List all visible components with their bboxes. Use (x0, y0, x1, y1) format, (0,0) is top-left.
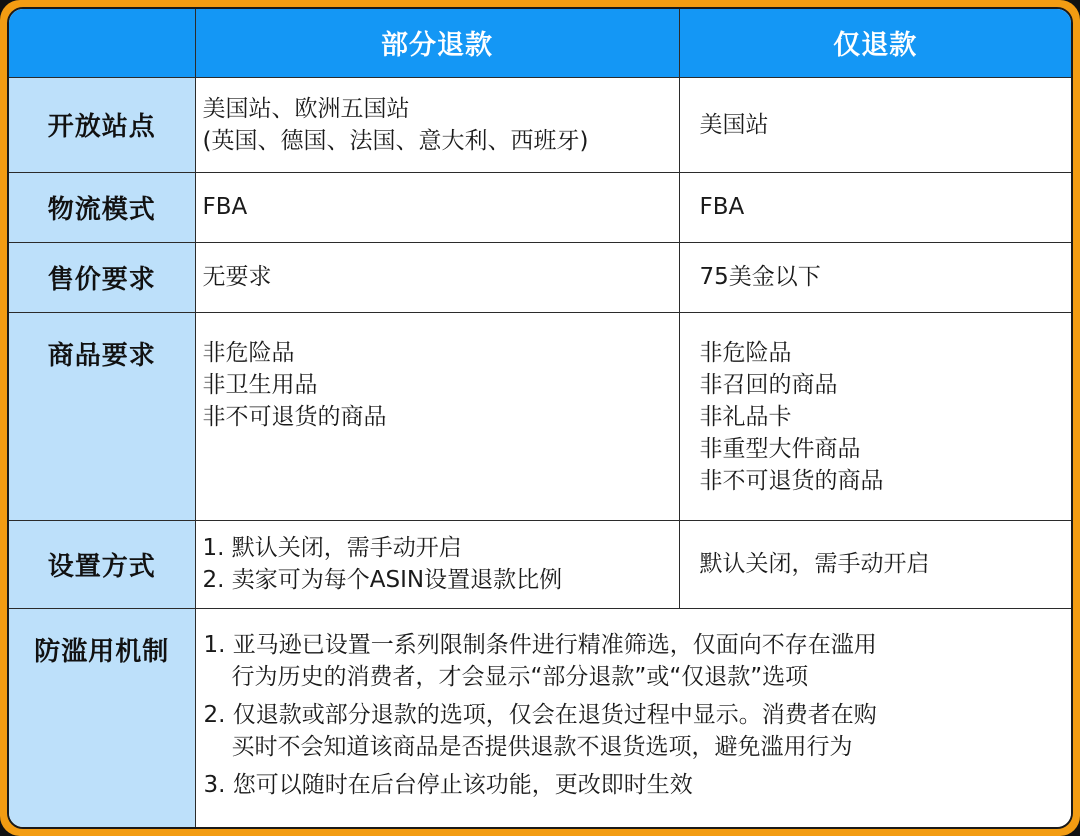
row-label-price: 售价要求 (9, 242, 195, 312)
comparison-table-container: 部分退款 仅退款 开放站点 美国站、欧洲五国站 (英国、德国、法国、意大利、西班… (7, 7, 1073, 829)
table-row-logistics: 物流模式 FBA FBA (9, 172, 1071, 242)
anti-abuse-line: 行为历史的消费者，才会显示“部分退款”或“仅退款”选项 (204, 661, 1062, 693)
cell-line: 默认关闭，需手动开启 (700, 548, 1068, 580)
header-partial-refund: 部分退款 (195, 9, 679, 77)
row-label-anti-abuse: 防滥用机制 (9, 608, 195, 827)
row-label-setup: 设置方式 (9, 520, 195, 608)
anti-abuse-line: 买时不会知道该商品是否提供退款不退货选项，避免滥用行为 (204, 731, 1062, 763)
cell-line: 非不可退货的商品 (203, 401, 675, 433)
cell-line: 美国站、欧洲五国站 (203, 93, 675, 125)
table-row-setup: 设置方式 1. 默认关闭，需手动开启 2. 卖家可为每个ASIN设置退款比例 默… (9, 520, 1071, 608)
cell-line: 非危险品 (700, 337, 1068, 369)
cell-line: 非卫生用品 (203, 369, 675, 401)
refund-comparison-table: 部分退款 仅退款 开放站点 美国站、欧洲五国站 (英国、德国、法国、意大利、西班… (9, 9, 1071, 827)
cell-anti-abuse: 1. 亚马逊已设置一系列限制条件进行精准筛选，仅面向不存在滥用 行为历史的消费者… (195, 608, 1071, 827)
row-label-logistics: 物流模式 (9, 172, 195, 242)
header-corner-cell (9, 9, 195, 77)
cell-line: 无要求 (203, 261, 675, 293)
cell-only-price: 75美金以下 (679, 242, 1071, 312)
anti-abuse-item: 2. 仅退款或部分退款的选项，仅会在退货过程中显示。消费者在购 买时不会知道该商… (204, 699, 1062, 763)
cell-line: (英国、德国、法国、意大利、西班牙) (203, 125, 675, 157)
cell-line: 非召回的商品 (700, 369, 1068, 401)
row-label-sites: 开放站点 (9, 77, 195, 172)
anti-abuse-item: 1. 亚马逊已设置一系列限制条件进行精准筛选，仅面向不存在滥用 行为历史的消费者… (204, 629, 1062, 693)
cell-partial-logistics: FBA (195, 172, 679, 242)
cell-line: 75美金以下 (700, 261, 1068, 293)
cell-partial-setup: 1. 默认关闭，需手动开启 2. 卖家可为每个ASIN设置退款比例 (195, 520, 679, 608)
table-row-sites: 开放站点 美国站、欧洲五国站 (英国、德国、法国、意大利、西班牙) 美国站 (9, 77, 1071, 172)
anti-abuse-item: 3. 您可以随时在后台停止该功能，更改即时生效 (204, 769, 1062, 801)
cell-line: 非不可退货的商品 (700, 465, 1068, 497)
anti-abuse-line: 3. 您可以随时在后台停止该功能，更改即时生效 (204, 769, 1062, 801)
header-row: 部分退款 仅退款 (9, 9, 1071, 77)
header-refund-only: 仅退款 (679, 9, 1071, 77)
cell-line: 非重型大件商品 (700, 433, 1068, 465)
orange-frame: 部分退款 仅退款 开放站点 美国站、欧洲五国站 (英国、德国、法国、意大利、西班… (0, 0, 1080, 836)
anti-abuse-line: 2. 仅退款或部分退款的选项，仅会在退货过程中显示。消费者在购 (204, 699, 1062, 731)
cell-only-setup: 默认关闭，需手动开启 (679, 520, 1071, 608)
cell-line: 美国站 (700, 109, 1068, 141)
cell-line: FBA (700, 191, 1068, 223)
cell-line: 2. 卖家可为每个ASIN设置退款比例 (203, 564, 675, 596)
cell-line: 1. 默认关闭，需手动开启 (203, 532, 675, 564)
cell-line: FBA (203, 191, 675, 223)
anti-abuse-line: 1. 亚马逊已设置一系列限制条件进行精准筛选，仅面向不存在滥用 (204, 629, 1062, 661)
cell-only-product: 非危险品 非召回的商品 非礼品卡 非重型大件商品 非不可退货的商品 (679, 312, 1071, 520)
cell-partial-price: 无要求 (195, 242, 679, 312)
cell-only-sites: 美国站 (679, 77, 1071, 172)
cell-partial-product: 非危险品 非卫生用品 非不可退货的商品 (195, 312, 679, 520)
cell-line: 非礼品卡 (700, 401, 1068, 433)
row-label-product: 商品要求 (9, 312, 195, 520)
cell-line: 非危险品 (203, 337, 675, 369)
cell-partial-sites: 美国站、欧洲五国站 (英国、德国、法国、意大利、西班牙) (195, 77, 679, 172)
table-row-price: 售价要求 无要求 75美金以下 (9, 242, 1071, 312)
table-row-product: 商品要求 非危险品 非卫生用品 非不可退货的商品 非危险品 非召回的商品 非礼品… (9, 312, 1071, 520)
table-row-anti-abuse: 防滥用机制 1. 亚马逊已设置一系列限制条件进行精准筛选，仅面向不存在滥用 行为… (9, 608, 1071, 827)
cell-only-logistics: FBA (679, 172, 1071, 242)
